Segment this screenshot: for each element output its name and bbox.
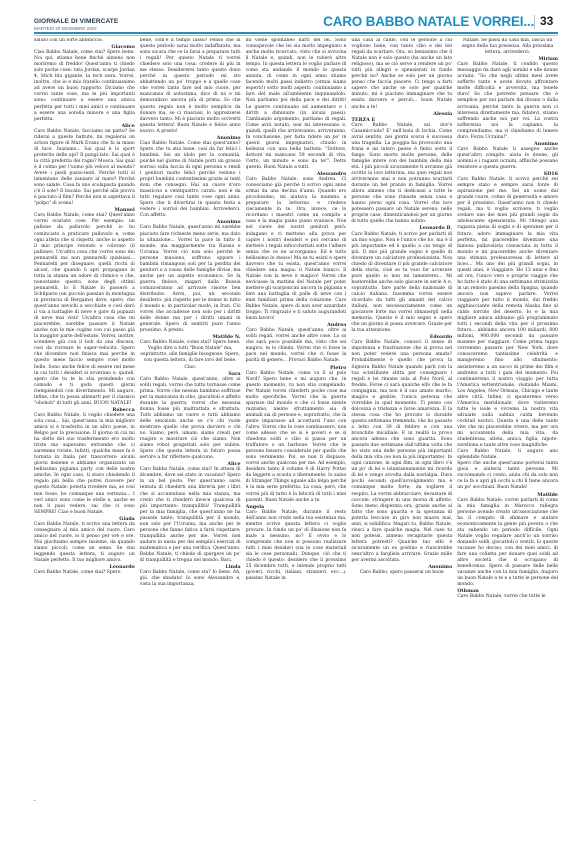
article-columns: saluto con un forte abbraccio.GiacomoCia…: [34, 38, 558, 828]
letter-text: Spero che anche quest'anno porterai tant…: [457, 461, 558, 491]
letter-text: Caro Babbo Natale ti assegno anche quest…: [457, 147, 558, 171]
letter-text: Caro Babbo Natale, come stai? Spero bene…: [140, 340, 241, 370]
masthead: GIORNALE DI VIMERCATE MARTEDÌ 20 DICEMBR…: [34, 18, 118, 31]
letter-text: Caro Babbo Natale, sono Andrea. Ci conos…: [246, 177, 347, 322]
issue-date: MARTEDÌ 20 DICEMBRE 2022: [34, 26, 118, 31]
column-3: mi viene spontaneo darti del lei. Sono c…: [246, 38, 347, 828]
letter-text: Caro Babbo Natale, come va lì al polo No…: [246, 371, 347, 504]
column-1: saluto con un forte abbraccio.GiacomoCia…: [34, 38, 135, 828]
letter-text: Caro Babbo Natale, quest'anno, oltre ai …: [140, 377, 241, 462]
newspaper-name: GIORNALE DI VIMERCATE: [34, 18, 118, 25]
letter-text: Ciao Babbo Natale, come stai? Spero bene…: [34, 50, 135, 123]
letter-text: Caro Babbo Natale, come stai? In attesa …: [140, 467, 241, 564]
letter-text: una casa al caldo, con le persone a cui …: [351, 38, 452, 111]
header-rule: [34, 32, 558, 34]
header-divider: [534, 15, 535, 29]
letter-text: bene, com'è il tempo lassù? Penso che in…: [140, 38, 241, 135]
letter-text: Caro Babbo Natale, vorrei parlarti di co…: [457, 498, 558, 589]
letter-text: Caro Babbo Natale, ti scrivo una lettera…: [34, 522, 135, 564]
letter-text: Caro Babbo Natale, ti scrivo perché sei …: [457, 177, 558, 449]
letter-text: Caro Babbo Natale, conosci il senso di i…: [351, 340, 452, 564]
letter-text: Caro Babbo Natale, ti auguro uno splendi…: [457, 449, 558, 461]
header-rule-thin: [34, 35, 558, 36]
letter-text: Caro Babbo Natale, ti voglio chiedere un…: [34, 413, 135, 516]
letter-text: Caro Babbo Natale, facciamo un patto? Se…: [34, 129, 135, 208]
letter-text: Ciao Babbo Natale. Come stai quest'anno?…: [140, 141, 241, 220]
letter-text: Caro Babbo Natale, quest'anno mi sarebbe…: [140, 225, 241, 334]
letter-text: Caro Babbo Natale, ti scrivo per parlart…: [351, 232, 452, 335]
letter-text: Caro Babbo, spero passerai un buon: [351, 570, 452, 576]
column-2: bene, com'è il tempo lassù? Penso che in…: [140, 38, 241, 828]
letter-text: Caro Babbo Natale, ti confido questo mes…: [457, 62, 558, 141]
letter-text: Natale. Se passi da casa mia, lascia un …: [457, 38, 558, 56]
letter-text: Caro Babbo Natale, come sta? Io bene. Ah…: [140, 570, 241, 588]
letter-text: Caro Babbo Natale, come stai? Quest'anno…: [34, 213, 135, 407]
letter-text: Caro Babbo Natale, quest'anno, oltre ai …: [246, 328, 347, 364]
letter-text: mi viene spontaneo darti del lei. Sono c…: [246, 38, 347, 171]
page-number: 33: [540, 14, 553, 28]
letter-text: Caro Babbo Natale, vorrei che tutte le: [457, 594, 558, 600]
letter-text: Caro Babbo Natale, sai dov'è Casamicciol…: [351, 123, 452, 226]
section-headline: CARO BABBO NATALE VORREI...: [323, 14, 534, 29]
page-mark: [33, 800, 36, 801]
column-4: una casa al caldo, con le persone a cui …: [351, 38, 452, 828]
column-5: Natale. Se passi da casa mia, lascia un …: [457, 38, 558, 828]
letter-text: Caro Babbo Natale, come stai? Spero: [34, 570, 135, 576]
letter-text: Caro Babbo Natale, durante il resto dell…: [246, 510, 347, 583]
